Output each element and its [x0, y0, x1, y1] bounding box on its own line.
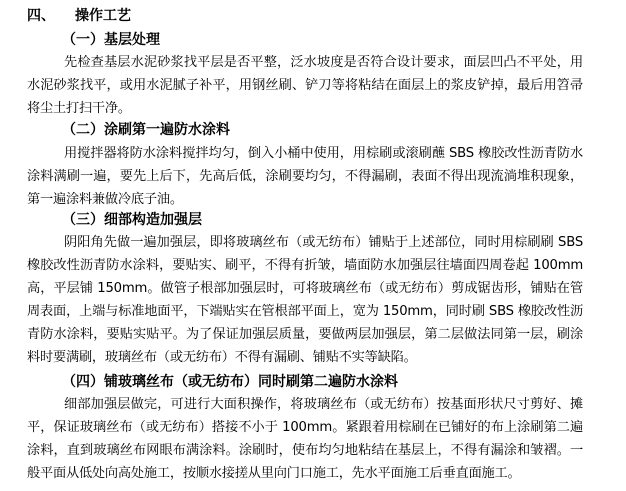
subsection-number: （二） [62, 120, 104, 140]
subsection-number: （四） [62, 372, 104, 392]
subsection-title: 涂刷第一遍防水涂料 [104, 122, 230, 138]
subsection-heading-3: （三）细部构造加强层 [62, 210, 202, 230]
section-number: 四、 [27, 6, 75, 26]
subsection-number: （一） [62, 30, 104, 50]
paragraph-4: 细部加强层做完，可进行大面积操作，将玻璃丝布（或无纺布）按基面形状尺寸剪好、摊平… [27, 393, 583, 485]
subsection-number: （三） [62, 210, 104, 230]
subsection-title: 细部构造加强层 [104, 212, 202, 228]
section-heading: 四、操作工艺 [27, 6, 131, 26]
subsection-heading-4: （四）铺玻璃丝布（或无纺布）同时刷第二遍防水涂料 [62, 372, 398, 392]
subsection-title: 铺玻璃丝布（或无纺布）同时刷第二遍防水涂料 [104, 374, 398, 390]
subsection-heading-2: （二）涂刷第一遍防水涂料 [62, 120, 230, 140]
paragraph-1: 先检查基层水泥砂浆找平层是否平整，泛水坡度是否符合设计要求，面层凹凸不平处，用水… [27, 51, 583, 120]
paragraph-2: 用搅拌器将防水涂料搅拌均匀，倒入小桶中使用，用棕刷或滚刷蘸 SBS 橡胶改性沥青… [27, 142, 583, 211]
subsection-heading-1: （一）基层处理 [62, 30, 160, 50]
section-title: 操作工艺 [75, 8, 131, 24]
subsection-title: 基层处理 [104, 32, 160, 48]
paragraph-3: 阴阳角先做一遍加强层，即将玻璃丝布（或无纺布）铺贴于上述部位，同时用棕刷刷 SB… [27, 231, 583, 369]
